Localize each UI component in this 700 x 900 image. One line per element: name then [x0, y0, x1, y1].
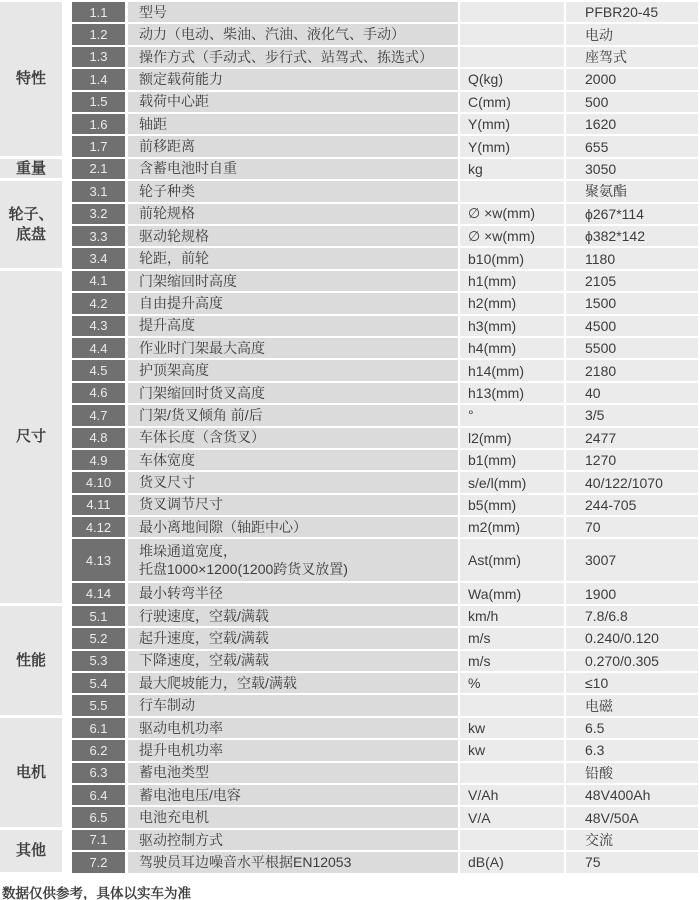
row-number-cell: 4.1 [72, 271, 125, 291]
description-cell: 载荷中心距 [128, 92, 458, 112]
value-cell: 40 [566, 383, 698, 403]
row-number-cell: 4.14 [72, 583, 125, 603]
value-cell: 3/5 [566, 405, 698, 425]
value-cell: 1620 [566, 114, 698, 134]
unit-cell: b10(mm) [460, 248, 564, 268]
spec-row: 1.3操作方式（手动式、步行式、站驾式、拣选式）座驾式 [72, 47, 700, 67]
row-number-cell: 6.1 [72, 718, 125, 738]
row-number-cell: 3.4 [72, 248, 125, 268]
spec-row: 3.4轮距，前轮b10(mm)1180 [72, 248, 700, 268]
spec-row: 5.1行驶速度，空载/满载km/h7.8/6.8 [72, 606, 700, 626]
row-number-cell: 3.2 [72, 204, 125, 224]
unit-cell: h13(mm) [460, 383, 564, 403]
spec-section-1: 特性1.1型号PFBR20-451.2动力（电动、柴油、汽油、液化气、手动）电动… [0, 2, 700, 159]
description-cell: 驱动电机功率 [128, 718, 458, 738]
category-cell: 尺寸 [0, 271, 62, 603]
spec-row: 4.3提升高度h3(mm)4500 [72, 316, 700, 336]
section-rows: 4.1门架缩回时高度h1(mm)21054.2自由提升高度h2(mm)15004… [72, 271, 700, 606]
description-cell: 轮距，前轮 [128, 248, 458, 268]
value-cell: 1900 [566, 583, 698, 603]
spec-row: 4.1门架缩回时高度h1(mm)2105 [72, 271, 700, 291]
unit-cell: Y(mm) [460, 136, 564, 156]
unit-cell: kw [460, 740, 564, 760]
unit-cell: ∅ ×w(mm) [460, 226, 564, 246]
unit-cell: l2(mm) [460, 428, 564, 448]
category-cell: 特性 [0, 2, 62, 156]
row-number-cell: 4.12 [72, 517, 125, 537]
description-cell: 下降速度，空载/满载 [128, 651, 458, 671]
row-number-cell: 4.4 [72, 338, 125, 358]
row-number-cell: 4.5 [72, 360, 125, 380]
description-cell: 最小转弯半径 [128, 583, 458, 603]
row-number-cell: 5.1 [72, 606, 125, 626]
value-cell: ϕ382*142 [566, 226, 698, 246]
description-cell: 起升速度，空载/满载 [128, 628, 458, 648]
row-number-cell: 1.6 [72, 114, 125, 134]
section-rows: 1.1型号PFBR20-451.2动力（电动、柴油、汽油、液化气、手动）电动1.… [72, 2, 700, 159]
spec-row: 4.11货叉调节尺寸b5(mm)244-705 [72, 495, 700, 515]
row-number-cell: 5.5 [72, 695, 125, 715]
category-cell: 性能 [0, 606, 62, 715]
description-cell: 护顶架高度 [128, 360, 458, 380]
description-cell: 轴距 [128, 114, 458, 134]
value-cell: 40/122/1070 [566, 472, 698, 492]
value-cell: 4500 [566, 316, 698, 336]
unit-cell: m/s [460, 651, 564, 671]
section-rows: 2.1含蓄电池时自重kg3050 [72, 159, 700, 182]
row-number-cell: 5.4 [72, 673, 125, 693]
spec-row: 1.6轴距Y(mm)1620 [72, 114, 700, 134]
unit-cell: C(mm) [460, 92, 564, 112]
row-number-cell: 4.10 [72, 472, 125, 492]
spec-section-5: 性能5.1行驶速度，空载/满载km/h7.8/6.85.2起升速度，空载/满载m… [0, 606, 700, 718]
spec-row: 4.14最小转弯半径Wa(mm)1900 [72, 583, 700, 603]
unit-cell: h3(mm) [460, 316, 564, 336]
description-cell: 提升电机功率 [128, 740, 458, 760]
value-cell: PFBR20-45 [566, 2, 698, 22]
spec-row: 6.4蓄电池电压/电容V/Ah48V400Ah [72, 785, 700, 805]
value-cell: 1270 [566, 450, 698, 470]
row-number-cell: 5.2 [72, 628, 125, 648]
value-cell: 聚氨酯 [566, 181, 698, 201]
unit-cell: h14(mm) [460, 360, 564, 380]
row-number-cell: 4.8 [72, 428, 125, 448]
category-cell: 重量 [0, 159, 62, 179]
value-cell: 座驾式 [566, 47, 698, 67]
unit-cell [460, 24, 564, 44]
spec-row: 4.8车体长度（含货叉）l2(mm)2477 [72, 428, 700, 448]
row-number-cell: 1.2 [72, 24, 125, 44]
value-cell: 500 [566, 92, 698, 112]
description-cell: 门架缩回时货叉高度 [128, 383, 458, 403]
description-cell: 提升高度 [128, 316, 458, 336]
description-cell: 货叉尺寸 [128, 472, 458, 492]
spec-row: 4.6门架缩回时货叉高度h13(mm)40 [72, 383, 700, 403]
spec-row: 1.1型号PFBR20-45 [72, 2, 700, 22]
spec-row: 3.3驱动轮规格∅ ×w(mm)ϕ382*142 [72, 226, 700, 246]
footer-note: 数据仅供参考，具体以实车为准 [0, 882, 700, 900]
value-cell: 48V400Ah [566, 785, 698, 805]
row-number-cell: 1.7 [72, 136, 125, 156]
spec-row: 3.1轮子种类聚氨酯 [72, 181, 700, 201]
description-cell: 蓄电池电压/电容 [128, 785, 458, 805]
row-number-cell: 4.9 [72, 450, 125, 470]
unit-cell: ° [460, 405, 564, 425]
spec-section-3: 轮子、 底盘3.1轮子种类聚氨酯3.2前轮规格∅ ×w(mm)ϕ267*1143… [0, 181, 700, 271]
row-number-cell: 4.2 [72, 293, 125, 313]
unit-cell: kw [460, 718, 564, 738]
value-cell: 2000 [566, 69, 698, 89]
spec-row: 4.7门架/货叉倾角 前/后°3/5 [72, 405, 700, 425]
spec-row: 4.12最小离地间隙（轴距中心）m2(mm)70 [72, 517, 700, 537]
row-number-cell: 7.1 [72, 830, 125, 850]
description-cell: 行驶速度，空载/满载 [128, 606, 458, 626]
value-cell: 244-705 [566, 495, 698, 515]
category-cell: 轮子、 底盘 [0, 181, 62, 268]
spec-section-2: 重量2.1含蓄电池时自重kg3050 [0, 159, 700, 182]
row-number-cell: 4.13 [72, 539, 125, 581]
spec-row: 6.5电池充电机V/A48V/50A [72, 807, 700, 827]
unit-cell: Y(mm) [460, 114, 564, 134]
spec-section-7: 其他7.1驱动控制方式交流7.2驾驶员耳边噪音水平根据EN12053dB(A)7… [0, 830, 700, 875]
row-number-cell: 3.3 [72, 226, 125, 246]
category-cell: 电机 [0, 718, 62, 827]
value-cell: 1180 [566, 248, 698, 268]
value-cell: 电磁 [566, 695, 698, 715]
description-cell: 型号 [128, 2, 458, 22]
value-cell: 6.3 [566, 740, 698, 760]
unit-cell: Wa(mm) [460, 583, 564, 603]
section-rows: 6.1驱动电机功率kw6.56.2提升电机功率kw6.36.3蓄电池类型铅酸6.… [72, 718, 700, 830]
description-cell: 轮子种类 [128, 181, 458, 201]
unit-cell: h1(mm) [460, 271, 564, 291]
row-number-cell: 4.11 [72, 495, 125, 515]
spec-row: 4.2自由提升高度h2(mm)1500 [72, 293, 700, 313]
row-number-cell: 1.5 [72, 92, 125, 112]
description-cell: 驾驶员耳边噪音水平根据EN12053 [128, 852, 458, 872]
spec-row: 1.5载荷中心距C(mm)500 [72, 92, 700, 112]
row-number-cell: 1.4 [72, 69, 125, 89]
section-rows: 7.1驱动控制方式交流7.2驾驶员耳边噪音水平根据EN12053dB(A)75 [72, 830, 700, 875]
row-number-cell: 5.3 [72, 651, 125, 671]
unit-cell: ∅ ×w(mm) [460, 204, 564, 224]
value-cell: 75 [566, 852, 698, 872]
unit-cell [460, 2, 564, 22]
value-cell: 交流 [566, 830, 698, 850]
description-cell: 门架缩回时高度 [128, 271, 458, 291]
row-number-cell: 3.1 [72, 181, 125, 201]
row-number-cell: 2.1 [72, 159, 125, 179]
row-number-cell: 6.5 [72, 807, 125, 827]
description-cell: 驱动轮规格 [128, 226, 458, 246]
spec-row: 6.3蓄电池类型铅酸 [72, 763, 700, 783]
row-number-cell: 4.3 [72, 316, 125, 336]
description-cell: 电池充电机 [128, 807, 458, 827]
description-cell: 前轮规格 [128, 204, 458, 224]
spec-row: 4.13堆垛通道宽度， 托盘1000×1200(1200跨货叉放置)Ast(mm… [72, 539, 700, 581]
spec-row: 2.1含蓄电池时自重kg3050 [72, 159, 700, 179]
unit-cell: Ast(mm) [460, 539, 564, 581]
unit-cell: m/s [460, 628, 564, 648]
unit-cell: m2(mm) [460, 517, 564, 537]
unit-cell: dB(A) [460, 852, 564, 872]
value-cell: 3050 [566, 159, 698, 179]
spec-row: 4.10货叉尺寸s/e/l(mm)40/122/1070 [72, 472, 700, 492]
value-cell: 0.270/0.305 [566, 651, 698, 671]
spec-row: 6.1驱动电机功率kw6.5 [72, 718, 700, 738]
row-number-cell: 6.4 [72, 785, 125, 805]
row-number-cell: 1.3 [72, 47, 125, 67]
unit-cell [460, 695, 564, 715]
spec-row: 1.2动力（电动、柴油、汽油、液化气、手动）电动 [72, 24, 700, 44]
value-cell: ≤10 [566, 673, 698, 693]
spec-row: 4.9车体宽度b1(mm)1270 [72, 450, 700, 470]
description-cell: 货叉调节尺寸 [128, 495, 458, 515]
value-cell: ϕ267*114 [566, 204, 698, 224]
value-cell: 0.240/0.120 [566, 628, 698, 648]
value-cell: 5500 [566, 338, 698, 358]
value-cell: 1500 [566, 293, 698, 313]
spec-section-6: 电机6.1驱动电机功率kw6.56.2提升电机功率kw6.36.3蓄电池类型铅酸… [0, 718, 700, 830]
spec-row: 5.2起升速度，空载/满载m/s0.240/0.120 [72, 628, 700, 648]
unit-cell: kg [460, 159, 564, 179]
value-cell: 70 [566, 517, 698, 537]
spec-row: 4.4作业时门架最大高度h4(mm)5500 [72, 338, 700, 358]
row-number-cell: 6.3 [72, 763, 125, 783]
spec-row: 4.5护顶架高度h14(mm)2180 [72, 360, 700, 380]
description-cell: 自由提升高度 [128, 293, 458, 313]
description-cell: 作业时门架最大高度 [128, 338, 458, 358]
spec-row: 1.4额定载荷能力Q(kg)2000 [72, 69, 700, 89]
spec-row: 6.2提升电机功率kw6.3 [72, 740, 700, 760]
unit-cell: s/e/l(mm) [460, 472, 564, 492]
description-cell: 前移距离 [128, 136, 458, 156]
unit-cell [460, 47, 564, 67]
value-cell: 2180 [566, 360, 698, 380]
value-cell: 655 [566, 136, 698, 156]
spec-row: 3.2前轮规格∅ ×w(mm)ϕ267*114 [72, 204, 700, 224]
row-number-cell: 7.2 [72, 852, 125, 872]
unit-cell: h2(mm) [460, 293, 564, 313]
description-cell: 车体长度（含货叉） [128, 428, 458, 448]
unit-cell: km/h [460, 606, 564, 626]
unit-cell: V/Ah [460, 785, 564, 805]
spec-row: 7.2驾驶员耳边噪音水平根据EN12053dB(A)75 [72, 852, 700, 872]
row-number-cell: 1.1 [72, 2, 125, 22]
value-cell: 2105 [566, 271, 698, 291]
spec-row: 7.1驱动控制方式交流 [72, 830, 700, 850]
unit-cell: Q(kg) [460, 69, 564, 89]
value-cell: 7.8/6.8 [566, 606, 698, 626]
spec-table: 特性1.1型号PFBR20-451.2动力（电动、柴油、汽油、液化气、手动）电动… [0, 0, 700, 875]
row-number-cell: 4.7 [72, 405, 125, 425]
spec-row: 5.5行车制动电磁 [72, 695, 700, 715]
spec-row: 1.7前移距离Y(mm)655 [72, 136, 700, 156]
section-rows: 5.1行驶速度，空载/满载km/h7.8/6.85.2起升速度，空载/满载m/s… [72, 606, 700, 718]
description-cell: 蓄电池类型 [128, 763, 458, 783]
value-cell: 3007 [566, 539, 698, 581]
unit-cell [460, 181, 564, 201]
category-cell: 其他 [0, 830, 62, 872]
unit-cell: % [460, 673, 564, 693]
description-cell: 车体宽度 [128, 450, 458, 470]
unit-cell: b1(mm) [460, 450, 564, 470]
value-cell: 电动 [566, 24, 698, 44]
description-cell: 操作方式（手动式、步行式、站驾式、拣选式） [128, 47, 458, 67]
description-cell: 最小离地间隙（轴距中心） [128, 517, 458, 537]
value-cell: 2477 [566, 428, 698, 448]
description-cell: 动力（电动、柴油、汽油、液化气、手动） [128, 24, 458, 44]
unit-cell [460, 830, 564, 850]
value-cell: 6.5 [566, 718, 698, 738]
spec-section-4: 尺寸4.1门架缩回时高度h1(mm)21054.2自由提升高度h2(mm)150… [0, 271, 700, 606]
description-cell: 额定载荷能力 [128, 69, 458, 89]
description-cell: 含蓄电池时自重 [128, 159, 458, 179]
value-cell: 铅酸 [566, 763, 698, 783]
description-cell: 门架/货叉倾角 前/后 [128, 405, 458, 425]
value-cell: 48V/50A [566, 807, 698, 827]
description-cell: 堆垛通道宽度， 托盘1000×1200(1200跨货叉放置) [128, 539, 458, 581]
unit-cell: b5(mm) [460, 495, 564, 515]
spec-row: 5.3下降速度，空载/满载m/s0.270/0.305 [72, 651, 700, 671]
unit-cell: h4(mm) [460, 338, 564, 358]
description-cell: 行车制动 [128, 695, 458, 715]
unit-cell [460, 763, 564, 783]
unit-cell: V/A [460, 807, 564, 827]
row-number-cell: 6.2 [72, 740, 125, 760]
spec-row: 5.4最大爬坡能力，空载/满载%≤10 [72, 673, 700, 693]
description-cell: 最大爬坡能力，空载/满载 [128, 673, 458, 693]
description-cell: 驱动控制方式 [128, 830, 458, 850]
row-number-cell: 4.6 [72, 383, 125, 403]
section-rows: 3.1轮子种类聚氨酯3.2前轮规格∅ ×w(mm)ϕ267*1143.3驱动轮规… [72, 181, 700, 271]
